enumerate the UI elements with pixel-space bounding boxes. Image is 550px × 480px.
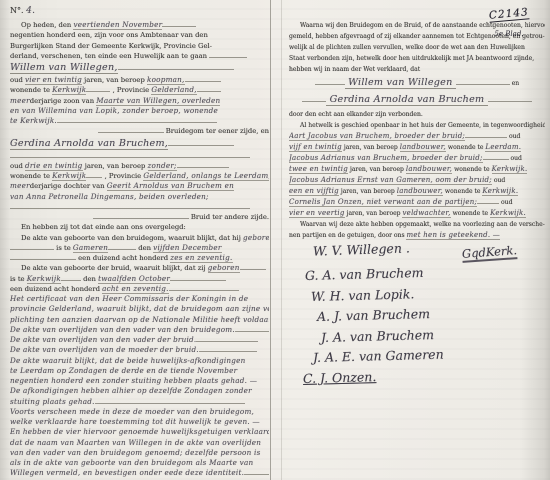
blank-rule: [95, 398, 245, 404]
blank-rule: [244, 469, 269, 475]
blank-rule: [86, 172, 102, 178]
groom-signature: W. V. Willegen .: [313, 240, 410, 258]
document-line: te Kerkwijk.: [10, 113, 269, 123]
document-line: twee en twintig jaren, van beroep landbo…: [289, 160, 545, 171]
blank-rule: [118, 64, 234, 70]
blank-rule: [169, 285, 239, 291]
document-line: wonende te Kerkwijk , Provincie Gelderla…: [10, 168, 269, 178]
document-line: dat de naam van Maarten van Willegen in …: [10, 435, 269, 445]
handwritten-text: met hen is geteekend. —: [406, 231, 500, 240]
blank-rule: [196, 336, 258, 342]
document-line: Jacobus Adrianus van Bruchem, broeder de…: [289, 149, 545, 160]
document-line: stuiting plaats gehad.: [10, 394, 269, 404]
handwritten-text: geboren: [243, 233, 269, 242]
document-line: De akte van overlijden van den vader der…: [10, 332, 269, 342]
blank-rule: [185, 76, 221, 82]
document-line: oud vier en twintig jaren, van beroep ko…: [10, 72, 269, 82]
left-page: N°. 4.Op heden, den veertienden November…: [10, 4, 269, 478]
document-line: oud drie en twintig jaren, van beroep zo…: [10, 158, 269, 168]
document-line: De akte van overlijden van den vader van…: [10, 322, 269, 332]
printed-text: N°.: [10, 6, 26, 15]
document-line: Willegen vermeld, en bevestigen onder ee…: [10, 465, 269, 475]
blank-rule: [86, 86, 110, 92]
document-line: Gerdina Arnolda van Bruchem,: [10, 134, 269, 148]
blank-rule: [10, 203, 250, 209]
blank-rule: [108, 244, 136, 250]
document-line: De akte van geboorte van den bruidegom, …: [10, 230, 269, 240]
document-line: meerderjarige dochter van Geerit Arnoldu…: [10, 178, 269, 188]
page-fold-line-faint: [281, 0, 282, 480]
blank-rule: [61, 275, 81, 281]
document-line: Op heden, den veertienden November: [10, 17, 269, 27]
sheet-annotation: C2143 5e Blad.: [477, 2, 541, 40]
blank-rule: [199, 346, 257, 352]
document-line: een duizend acht honderd zes en zeventig…: [10, 250, 269, 260]
document-line: vijf en twintig jaren, van beroep landbo…: [289, 138, 545, 149]
document-line: een duizend acht honderd acht en zeventi…: [10, 281, 269, 291]
blank-rule: [93, 213, 189, 219]
document-line: een en vijftig jaren, van beroep landbou…: [289, 182, 545, 193]
document-line: Staat verbonden zijn, hetwelk door hen u…: [289, 49, 545, 60]
document-line: Willem van Willegen en: [289, 71, 545, 88]
blank-rule: [170, 275, 226, 281]
blank-rule: [10, 244, 54, 250]
blank-rule: [168, 140, 234, 146]
document-line: Cornelis Jan Onzen, niet verwant aan de …: [289, 193, 545, 204]
blank-rule: [10, 152, 250, 158]
document-line: welke verklaarde hare toestemming tot di…: [10, 414, 269, 424]
document-line: en van Willemina van Lopik, zonder beroe…: [10, 103, 269, 113]
blank-rule: [456, 79, 510, 85]
blank-rule: [10, 254, 76, 260]
document-line: derland, verschenen, ten einde een Huwel…: [10, 48, 269, 58]
blank-rule: [162, 21, 196, 27]
blank-rule: [177, 162, 229, 168]
sheet-number-label: 5e Blad.: [494, 30, 523, 38]
document-line: De akte van geboorte der bruid, waaruit …: [10, 260, 269, 270]
document-line: Gerdina Arnolda van Bruchem: [289, 88, 545, 105]
witness-signatures: G. A. van BruchemW. H. van Lopik.A. J. v…: [289, 266, 545, 389]
handwritten-text: 4.: [26, 6, 35, 16]
page-fold-line: [270, 0, 271, 480]
blank-rule: [302, 96, 326, 102]
document-line: Burgerlijken Stand der Gemeente Kerkwijk…: [10, 38, 269, 48]
blank-rule: [98, 127, 164, 133]
document-line: wonende te Kerkwijk , Provincie Gelderla…: [10, 82, 269, 92]
registration-code: C2143: [489, 6, 530, 22]
document-line: Willem van Willegen,: [10, 58, 269, 72]
handwritten-text: te Kerkwijk.: [10, 116, 57, 125]
blank-rule: [488, 96, 532, 102]
printed-text: nen partijen en de getuigen, door ons: [289, 232, 406, 239]
document-line: De akte van overlijden van de moeder der…: [10, 342, 269, 352]
blank-rule: [315, 79, 345, 85]
document-line: als in de akte van geboorte van den brui…: [10, 455, 269, 465]
document-line: Voorts verscheen mede in deze de moeder …: [10, 404, 269, 414]
document-line: En hebben de vier hiervoor genoemde huwe…: [10, 424, 269, 434]
blank-rule: [197, 86, 221, 92]
blank-rule: [240, 264, 266, 270]
document-line: Al hetwelk is geschied openbaar in het h…: [289, 116, 545, 127]
signatures-block: W. V. Willegen . GqdKerk. G. A. van Bruc…: [289, 242, 545, 389]
document-line: N°. 4.: [10, 4, 269, 17]
document-line: De afkondigingen hebben alhier op dezelf…: [10, 383, 269, 393]
document-line: De akte waaruit blijkt, dat de beide huw…: [10, 353, 269, 363]
document-line: Bruid ter andere zijde.: [10, 209, 269, 219]
document-line: [10, 199, 269, 209]
document-line: meerderjarige zoon van Maarte van Willeg…: [10, 93, 269, 103]
blank-rule: [57, 117, 217, 123]
document-line: door den echt aan elkander zijn verbonde…: [289, 105, 545, 116]
blank-rule: [209, 52, 247, 58]
document-scan: N°. 4.Op heden, den veertienden November…: [0, 0, 550, 480]
document-line: Waarvan wij deze akte hebben opgemaakt, …: [289, 215, 545, 226]
printed-text: Bruid ter andere zijde.: [189, 213, 269, 221]
document-line: Aart Jacobus van Bruchem, broeder der br…: [289, 127, 545, 138]
document-line: negentien honderd een zonder stuiting he…: [10, 373, 269, 383]
printed-text: en: [510, 80, 519, 87]
right-page-text: Waarna wij den Bruidegom en de Bruid, of…: [289, 16, 545, 237]
document-line: Het certificaat van den Heer Commissaris…: [10, 291, 269, 301]
document-line: negentien honderd een, zijn voor ons Amb…: [10, 27, 269, 37]
handwritten-text: Willegen vermeld, en bevestigen onder ee…: [10, 468, 244, 477]
document-line: plichting ten aanzien daarvan op de Nati…: [10, 312, 269, 322]
blank-rule: [235, 326, 269, 332]
document-line: te Leerdam op Zondagen de derde en de ti…: [10, 363, 269, 373]
document-line: provincie Gelderland, waaruit blijkt, da…: [10, 301, 269, 311]
document-line: vier en veertig jaren, van beroep veldwa…: [289, 204, 545, 215]
document-line: van den vader van den bruidegom genoemd;…: [10, 445, 269, 455]
document-line: [10, 148, 269, 158]
right-page: C2143 5e Blad. Waarna wij den Bruidegom …: [289, 2, 545, 478]
